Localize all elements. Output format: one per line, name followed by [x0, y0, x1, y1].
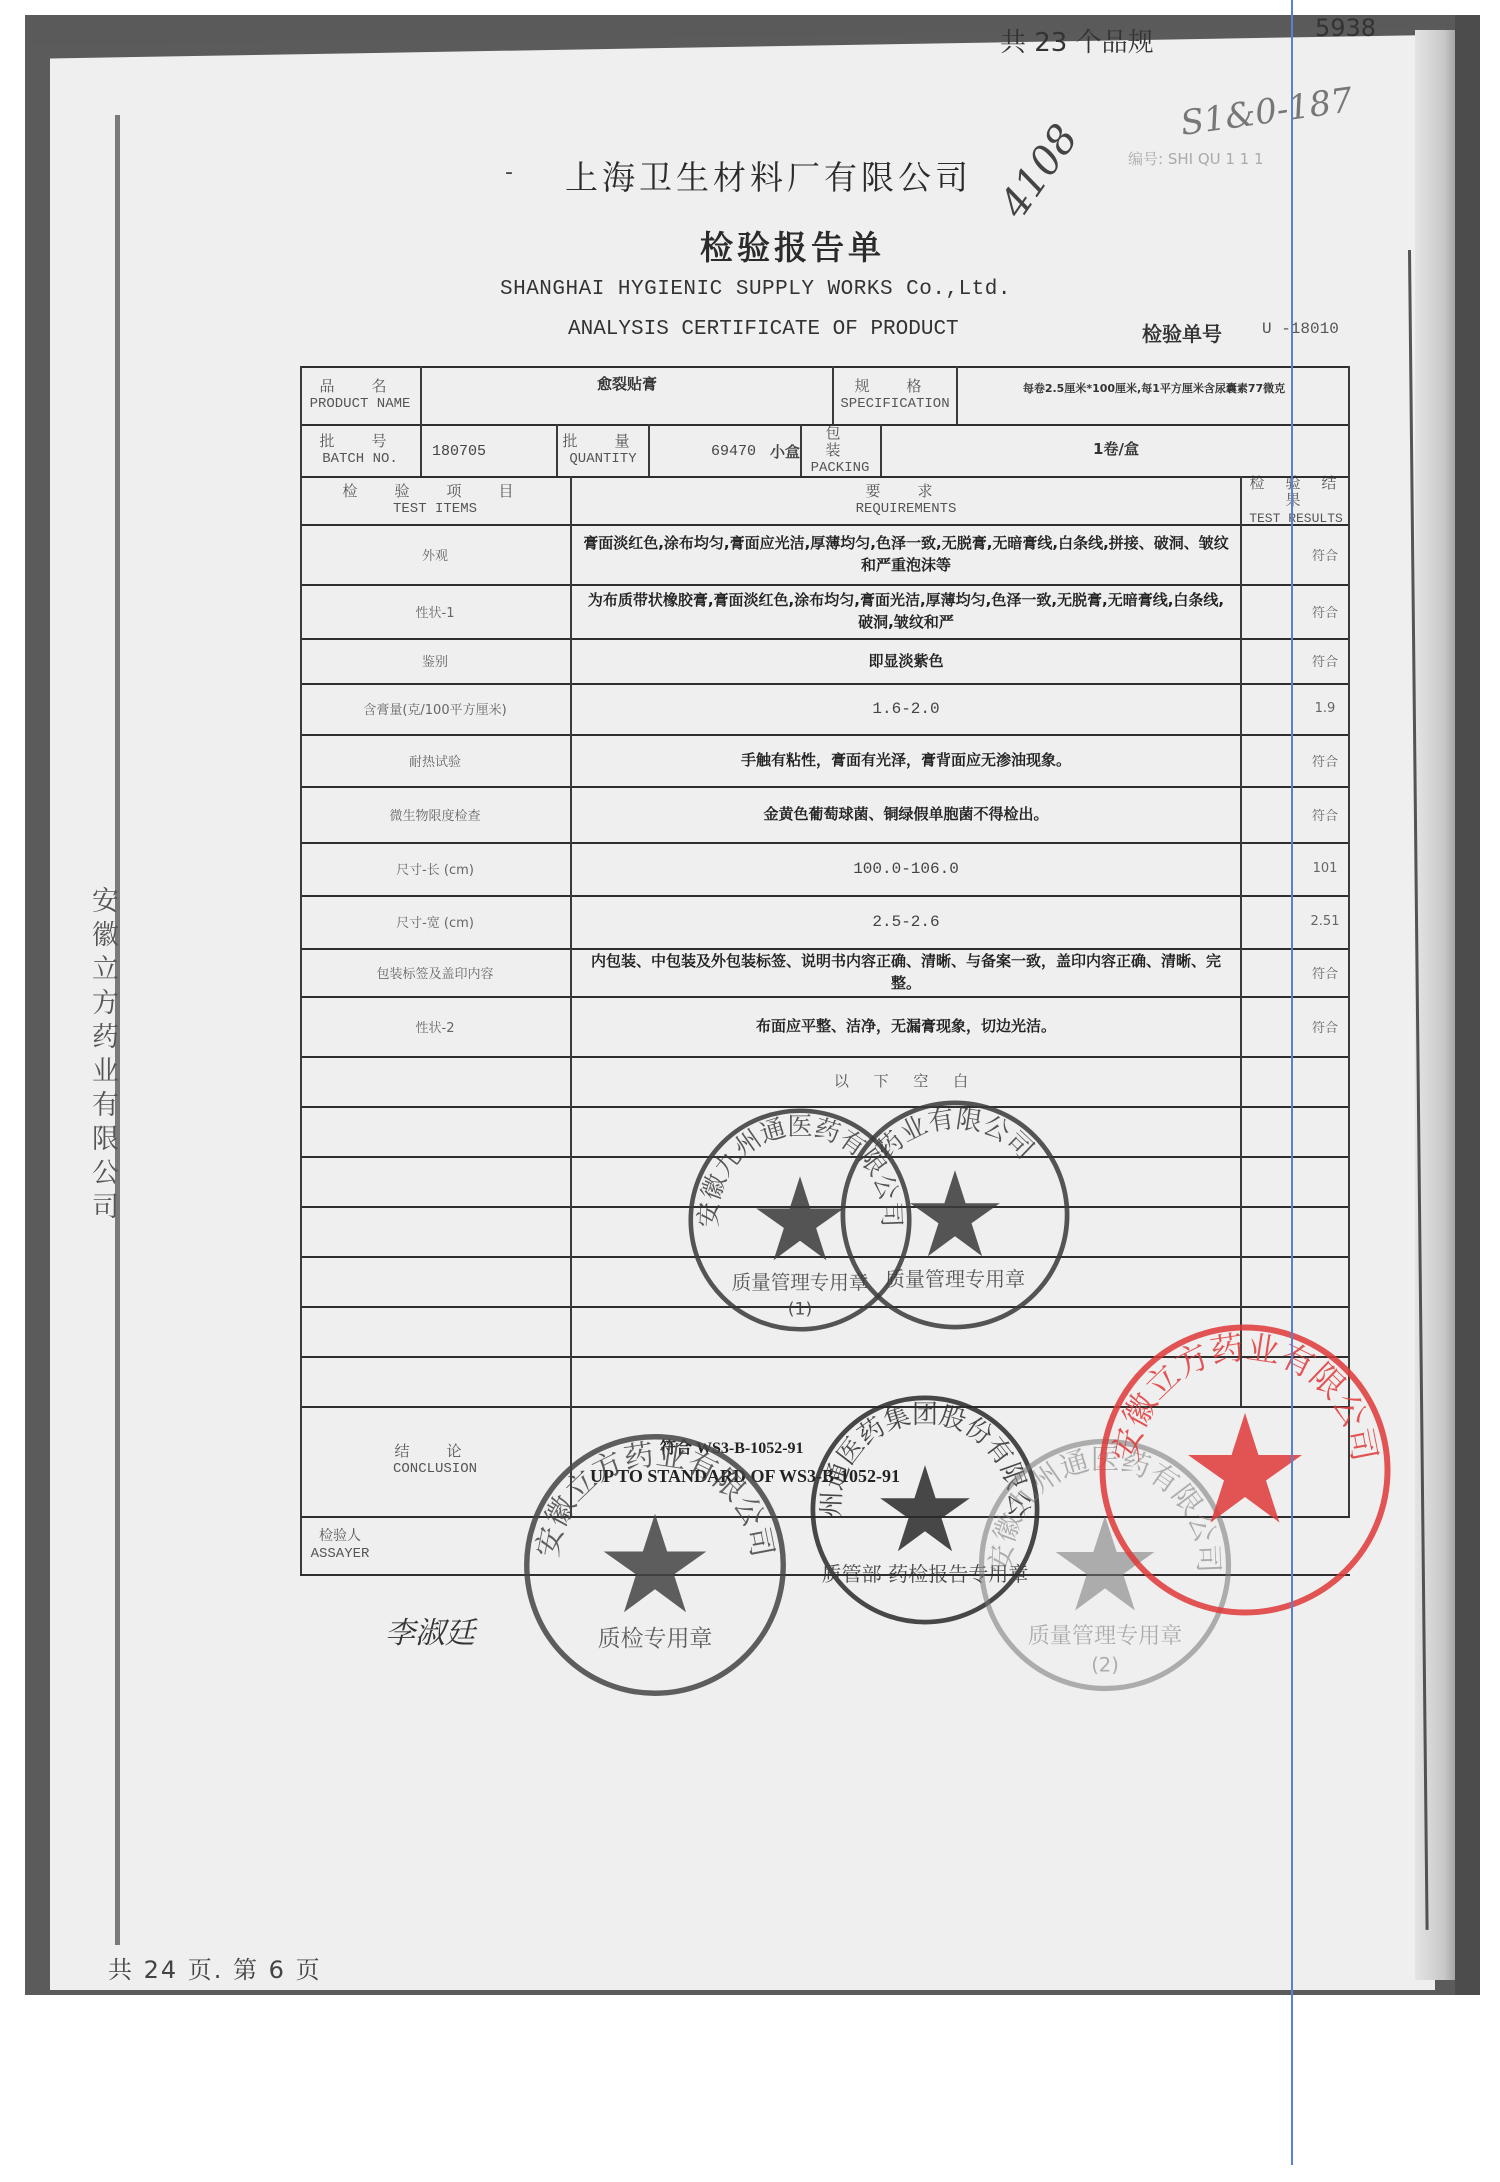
- svg-text:质量管理专用章: 质量管理专用章: [885, 1267, 1025, 1291]
- assayer-label: 检验人 ASSAYER: [310, 1518, 370, 1574]
- cert-no-value: U -18010: [1262, 320, 1339, 338]
- test-result: 符合: [1300, 524, 1350, 584]
- faint-code: 编号: SHI QU 1 1 1: [1128, 148, 1264, 169]
- test-result: 符合: [1300, 786, 1350, 842]
- test-item: 性状-2: [300, 996, 570, 1056]
- table-rule: [300, 842, 1350, 844]
- packing-label: 包 装 PACKING: [800, 426, 880, 476]
- table-rule: [300, 584, 1350, 586]
- table-rule: [300, 734, 1350, 736]
- test-item: 鉴别: [300, 638, 570, 683]
- test-requirement: 手触有粘性，膏面有光泽，膏背面应无渗油现象。: [576, 734, 1236, 786]
- company-name-cn: 上海卫生材料厂有限公司: [565, 152, 972, 199]
- table-rule: [300, 1056, 1350, 1058]
- cert-no-label: 检验单号: [1142, 318, 1222, 347]
- binder-edge: [1455, 15, 1480, 1995]
- test-item: 耐热试验: [300, 734, 570, 786]
- svg-text:(2): (2): [1091, 1654, 1119, 1677]
- product-name-label: 品 名 PRODUCT NAME: [300, 368, 420, 424]
- test-result: 2.51: [1300, 895, 1350, 948]
- quantity-label: 批 量 QUANTITY: [558, 426, 648, 476]
- batch-label: 批 号 BATCH NO.: [300, 426, 420, 476]
- test-items-header: 检 验 项 目 TEST ITEMS: [300, 478, 570, 524]
- table-rule: [300, 476, 1350, 478]
- test-requirement: 为布质带状橡胶膏,膏面淡红色,涂布均匀,膏面光洁,厚薄均匀,色泽一致,无脱膏,无…: [576, 584, 1236, 638]
- page-footer: 共 24 页. 第 6 页: [108, 1950, 322, 1985]
- results-header: 检 验 结 果 TEST RESULTS: [1242, 478, 1350, 524]
- report-title-en: ANALYSIS CERTIFICATE OF PRODUCT: [568, 318, 959, 341]
- test-item: 含膏量(克/100平方厘米): [300, 683, 570, 734]
- table-rule: [300, 895, 1350, 897]
- test-requirement: 布面应平整、洁净，无漏膏现象，切边光洁。: [576, 996, 1236, 1056]
- spec-count: 共 23 个品规: [1000, 22, 1154, 59]
- test-item: 包装标签及盖印内容: [300, 948, 570, 996]
- test-item: [300, 1056, 570, 1106]
- binder-company-label: 安徽立方药业有限公司: [92, 885, 122, 1225]
- table-rule: [800, 424, 802, 476]
- test-item: 尺寸-宽 (cm): [300, 895, 570, 948]
- table-rule: [300, 638, 1350, 640]
- packing-value: 1卷/盒: [882, 426, 1350, 470]
- svg-text:质检专用章: 质检专用章: [598, 1626, 713, 1652]
- svg-text:药业有限公司: 药业有限公司: [871, 1104, 1039, 1165]
- spec-label: 规 格 SPECIFICATION: [834, 368, 956, 424]
- test-result: 符合: [1300, 948, 1350, 996]
- table-rule: [300, 424, 1350, 426]
- table-rule: [300, 524, 1350, 526]
- seal-stamp: 安徽立方药业有限公司: [1095, 1320, 1395, 1620]
- test-item: 外观: [300, 524, 570, 584]
- table-rule: [956, 366, 958, 424]
- table-rule: [300, 683, 1350, 685]
- test-item: 微生物限度检查: [300, 786, 570, 842]
- test-requirement: 膏面淡红色,涂布均匀,膏面应光洁,厚薄均匀,色泽一致,无脱膏,无暗膏线,白条线,…: [576, 524, 1236, 584]
- svg-text:(1): (1): [788, 1299, 812, 1319]
- svg-text:质量管理专用章: 质量管理专用章: [1028, 1623, 1183, 1649]
- table-rule: [300, 366, 1350, 368]
- page-number-mark: 5938: [1315, 14, 1376, 42]
- seal-stamp: 药业有限公司 质量管理专用章: [837, 1097, 1073, 1333]
- table-rule: [880, 424, 882, 476]
- table-rule: [300, 996, 1350, 998]
- table-rule: [300, 366, 302, 1574]
- test-result: 符合: [1300, 638, 1350, 683]
- test-requirement: 100.0-106.0: [576, 842, 1236, 895]
- seal-stamp: 安徽立方药业有限公司 质检专用章: [520, 1430, 790, 1700]
- table-rule: [300, 786, 1350, 788]
- batch-value: 180705: [422, 426, 552, 476]
- test-requirement: 金黄色葡萄球菌、铜绿假单胞菌不得检出。: [576, 786, 1236, 842]
- test-result: 1.9: [1300, 683, 1350, 734]
- report-title-cn: 检验报告单: [700, 222, 885, 269]
- assayer-signature: 李淑廷: [385, 1608, 475, 1652]
- test-requirement: 1.6-2.0: [576, 683, 1236, 734]
- requirements-header: 要 求 REQUIREMENTS: [572, 478, 1240, 524]
- test-result: 101: [1300, 842, 1350, 895]
- dash-mark: -: [505, 160, 513, 185]
- table-rule: [832, 366, 834, 424]
- table-rule: [648, 424, 650, 476]
- table-rule: [556, 424, 558, 476]
- table-rule: [1240, 476, 1242, 1406]
- test-item: 性状-1: [300, 584, 570, 638]
- test-result: [1300, 1056, 1350, 1106]
- table-rule: [300, 948, 1350, 950]
- test-requirement: 2.5-2.6: [576, 895, 1236, 948]
- test-result: 符合: [1300, 996, 1350, 1056]
- test-result: 符合: [1300, 734, 1350, 786]
- guide-line: [1291, 0, 1293, 2165]
- test-item: 尺寸-长 (cm): [300, 842, 570, 895]
- quantity-value: 69470 小盒: [650, 426, 800, 476]
- table-rule: [420, 366, 422, 476]
- company-name-en: SHANGHAI HYGIENIC SUPPLY WORKS Co.,Ltd.: [500, 278, 1011, 301]
- product-name-value: 愈裂贴膏: [422, 368, 832, 398]
- test-requirement: 内包装、中包装及外包装标签、说明书内容正确、清晰、与备案一致，盖印内容正确、清晰…: [576, 948, 1236, 996]
- test-requirement: 即显淡紫色: [576, 638, 1236, 683]
- test-result: 符合: [1300, 584, 1350, 638]
- table-rule: [570, 476, 572, 1516]
